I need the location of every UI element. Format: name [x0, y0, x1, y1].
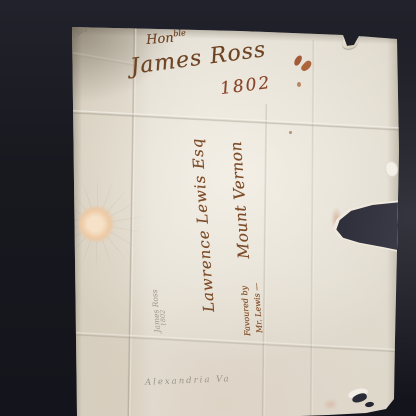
honorific-superscript: ble [173, 28, 186, 38]
address-line-1: Lawrence Lewis Esq [188, 137, 218, 313]
corner-nick-tear-small [365, 401, 375, 407]
horizontal-fold-crease-upper [72, 110, 402, 131]
address-line-2: Mount Vernon [227, 141, 253, 260]
wax-dot-stain [297, 82, 301, 87]
tear-hole [335, 202, 402, 251]
bottom-edge-stain [323, 399, 338, 410]
wax-seal-stain [79, 206, 115, 242]
ink-speck [289, 131, 292, 134]
letter-photograph: Honble James Ross 1802 Lawrence Lewis Es… [0, 0, 416, 416]
year-text: 1802 [219, 73, 272, 99]
folded-letter-paper: Honble James Ross 1802 Lawrence Lewis Es… [0, 0, 416, 416]
carrier-note-line-1: Favoured by [240, 286, 252, 337]
top-edge-torn-flap [342, 35, 358, 49]
pencil-margin-annotation-year: 1802 [158, 309, 167, 326]
pencil-bottom-annotation: Alexandria Va [145, 374, 231, 388]
horizontal-fold-crease-lower [76, 332, 398, 353]
vertical-fold-crease-right [309, 40, 316, 416]
blue-pencil-mark: m [355, 28, 368, 41]
pencil-corner-annotation: 3½ 1803 [68, 21, 88, 40]
honorific-word: Hon [145, 31, 174, 48]
honorific-text: Honble [145, 28, 186, 48]
vertical-fold-crease-center [261, 104, 269, 416]
